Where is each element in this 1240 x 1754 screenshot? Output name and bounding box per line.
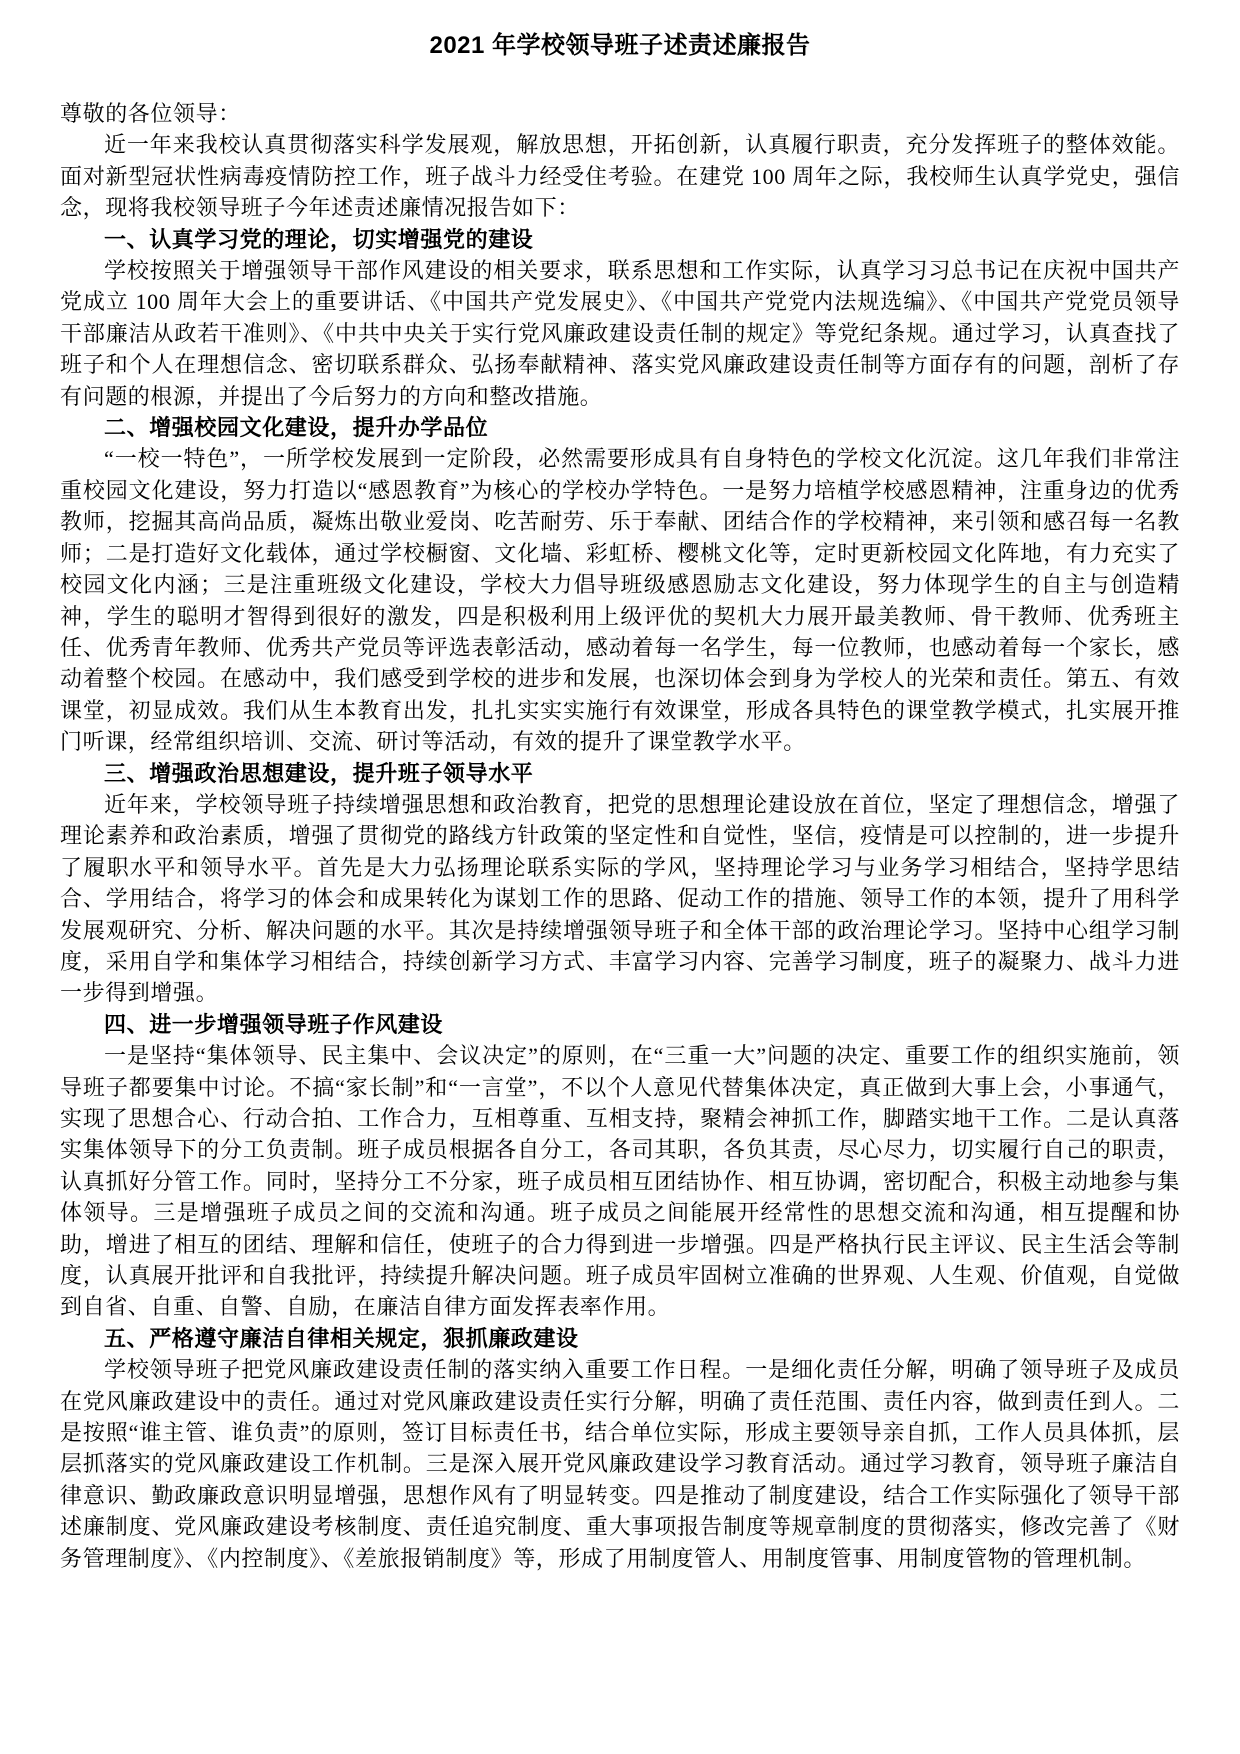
section-1-heading: 一、认真学习党的理论，切实增强党的建设 <box>60 224 1180 255</box>
section-1-body: 学校按照关于增强领导干部作风建设的相关要求，联系思想和工作实际，认真学习习总书记… <box>60 255 1180 412</box>
section-5-heading: 五、严格遵守廉洁自律相关规定，狠抓廉政建设 <box>60 1323 1180 1354</box>
section-3-body: 近年来，学校领导班子持续增强思想和政治教育，把党的思想理论建设放在首位，坚定了理… <box>60 789 1180 1009</box>
intro-paragraph: 近一年来我校认真贯彻落实科学发展观，解放思想，开拓创新，认真履行职责，充分发挥班… <box>60 129 1180 223</box>
report-page: 2021 年学校领导班子述责述廉报告 尊敬的各位领导： 近一年来我校认真贯彻落实… <box>0 0 1240 1754</box>
section-3-heading: 三、增强政治思想建设，提升班子领导水平 <box>60 758 1180 789</box>
salutation-line: 尊敬的各位领导： <box>60 98 1180 129</box>
section-2-body: “一校一特色”，一所学校发展到一定阶段，必然需要形成具有自身特色的学校文化沉淀。… <box>60 443 1180 757</box>
section-4-body: 一是坚持“集体领导、民主集中、会议决定”的原则，在“三重一大”问题的决定、重要工… <box>60 1040 1180 1323</box>
section-4-heading: 四、进一步增强领导班子作风建设 <box>60 1009 1180 1040</box>
section-2-heading: 二、增强校园文化建设，提升办学品位 <box>60 412 1180 443</box>
section-5-body: 学校领导班子把党风廉政建设责任制的落实纳入重要工作日程。一是细化责任分解，明确了… <box>60 1354 1180 1574</box>
report-title: 2021 年学校领导班子述责述廉报告 <box>60 30 1180 62</box>
